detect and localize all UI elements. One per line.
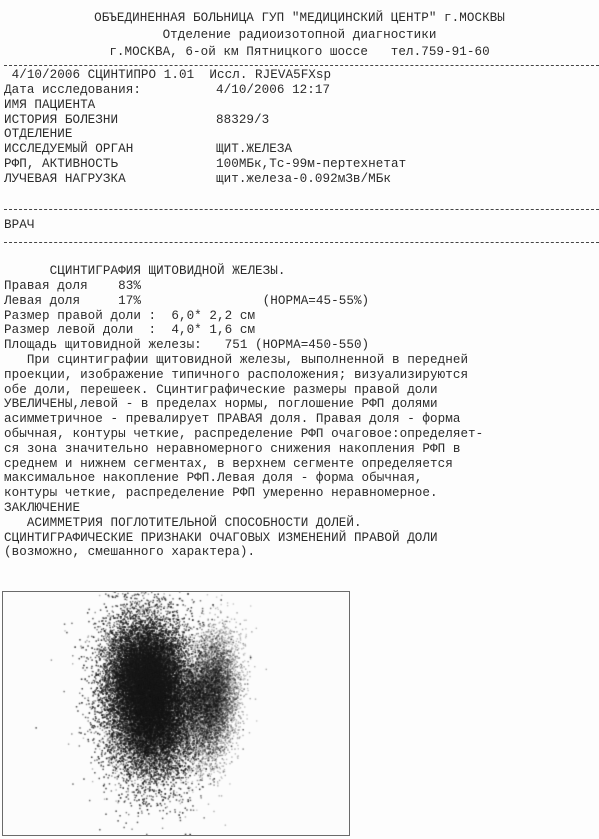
measurement-line: Правая доля 83% — [4, 279, 141, 294]
institution-name: ОБЪЕДИНЕННАЯ БОЛЬНИЦА ГУП "МЕДИЦИНСКИЙ Ц… — [0, 11, 599, 26]
separator — [4, 65, 599, 66]
measurement-line: Левая доля 17% (НОРМА=45-55%) — [4, 294, 369, 309]
description-line: обычная, контуры четкие, распределение Р… — [4, 427, 483, 442]
description-line: проекции, изображение типичного располож… — [4, 368, 468, 383]
field-label: ИМЯ ПАЦИЕНТА — [4, 98, 216, 113]
description-line: ся зона значительно неравномерного сниже… — [4, 442, 460, 457]
separator — [4, 209, 599, 210]
description-line: УВЕЛИЧЕНЫ,левой - в пределах нормы, погл… — [4, 397, 438, 412]
scintigram-canvas — [3, 592, 349, 835]
institution-address: г.МОСКВА, 6-ой км Пятницкого шоссе тел.7… — [0, 45, 599, 60]
record-field-row: ИСТОРИЯ БОЛЕЗНИ88329/3 — [4, 113, 269, 128]
description-line: среднем и нижнем сегментах, в верхнем се… — [4, 457, 453, 472]
field-value: 88329/3 — [216, 113, 269, 127]
measurement-line: Размер правой доли : 6,0* 2,2 см — [4, 309, 255, 324]
separator — [4, 242, 599, 243]
field-label: РФП, АКТИВНОСТЬ — [4, 157, 216, 172]
department-name: Отделение радиоизотопной диагностики — [0, 28, 599, 43]
study-title: СЦИНТИГРАФИЯ ЩИТОВИДНОЙ ЖЕЛЕЗЫ. — [4, 264, 285, 279]
field-label: ЛУЧЕВАЯ НАГРУЗКА — [4, 172, 216, 187]
description-line: асимметричное - превалирует ПРАВАЯ доля.… — [4, 412, 460, 427]
record-field-row: ОТДЕЛЕНИЕ — [4, 127, 216, 142]
field-value: щит.железа-0.092мЗв/МБк — [216, 172, 391, 186]
measurement-line: Площадь щитовидной железы: 751 (НОРМА=45… — [4, 338, 369, 353]
field-value: 100МБк,Tc-99м-пертехнетат — [216, 157, 406, 171]
record-field-row: РФП, АКТИВНОСТЬ100МБк,Tc-99м-пертехнетат — [4, 157, 406, 172]
field-value: 4/10/2006 12:17 — [216, 83, 330, 97]
measurement-line: Размер левой доли : 4,0* 1,6 см — [4, 323, 255, 338]
field-label: ИСТОРИЯ БОЛЕЗНИ — [4, 113, 216, 128]
field-label: ОТДЕЛЕНИЕ — [4, 127, 216, 142]
field-label: ИССЛЕДУЕМЫЙ ОРГАН — [4, 142, 216, 157]
conclusion-line: СЦИНТИГРАФИЧЕСКИЕ ПРИЗНАКИ ОЧАГОВЫХ ИЗМЕ… — [4, 531, 438, 546]
description-line: максимальное накопление РФП.Левая доля -… — [4, 471, 422, 486]
field-value: ЩИТ.ЖЕЛЕЗА — [216, 142, 292, 156]
description-line: контуры четкие, распределение РФП умерен… — [4, 486, 438, 501]
doctor-label: ВРАЧ — [4, 218, 34, 233]
conclusion-line: (возможно, смешанного характера). — [4, 545, 255, 560]
conclusion-label: ЗАКЛЮЧЕНИЕ — [4, 501, 80, 516]
record-field-row: Дата исследования:4/10/2006 12:17 — [4, 83, 330, 98]
record-field-row: ИМЯ ПАЦИЕНТА — [4, 98, 216, 113]
conclusion-line: АСИММЕТРИЯ ПОГЛОТИТЕЛЬНОЙ СПОСОБНОСТИ ДО… — [4, 516, 362, 531]
record-field-row: ИССЛЕДУЕМЫЙ ОРГАНЩИТ.ЖЕЛЕЗА — [4, 142, 292, 157]
record-field-row: ЛУЧЕВАЯ НАГРУЗКАщит.железа-0.092мЗв/МБк — [4, 172, 391, 187]
scintigram-image — [2, 591, 350, 836]
description-line: При сцинтиграфии щитовидной железы, выпо… — [4, 353, 468, 368]
report-page: ОБЪЕДИНЕННАЯ БОЛЬНИЦА ГУП "МЕДИЦИНСКИЙ Ц… — [0, 0, 599, 839]
description-line: обе доли, перешеек. Сцинтиграфические ра… — [4, 383, 438, 398]
field-label: Дата исследования: — [4, 83, 216, 98]
program-line: 4/10/2006 СЦИНТИПРО 1.01 Иссл. RJEVA5FXs… — [4, 68, 331, 83]
